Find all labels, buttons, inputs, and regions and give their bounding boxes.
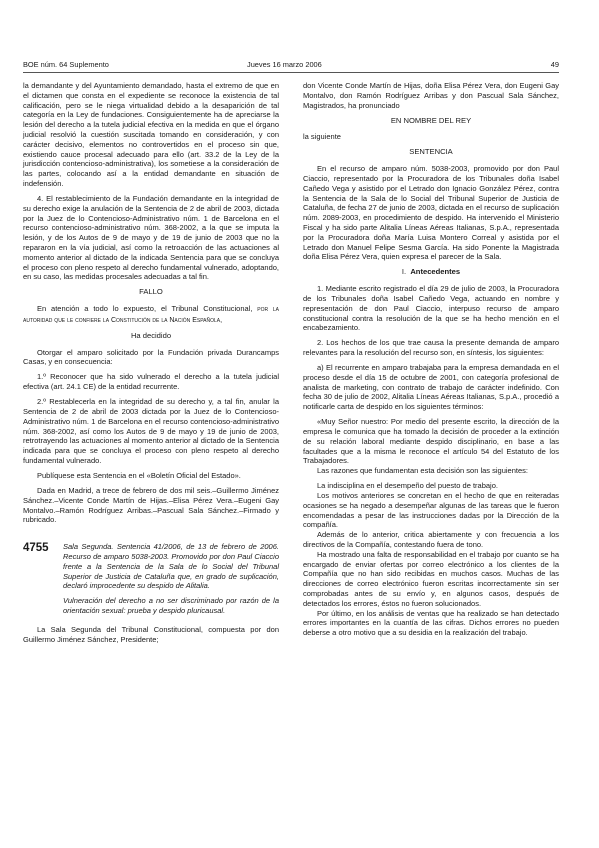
sentence-entry: 4755 Sala Segunda. Sentencia 41/2006, de… (23, 542, 279, 621)
right-column: don Vicente Conde Martín de Hijas, doña … (303, 81, 559, 643)
paragraph: 1. Mediante escrito registrado el día 29… (303, 284, 559, 333)
paragraph: la siguiente (303, 132, 559, 142)
quote-paragraph: Además de lo anterior, critica abiertame… (303, 530, 559, 550)
decidido-heading: Ha decidido (23, 331, 279, 341)
fallo-heading: FALLO (23, 287, 279, 297)
left-column: la demandante y del Ayuntamiento demanda… (23, 81, 279, 650)
paragraph: Publíquese esta Sentencia en el «Boletín… (23, 471, 279, 481)
quote-paragraph: Las razones que fundamentan esta decisió… (303, 466, 559, 476)
quote-paragraph: Ha mostrado una falta de responsabilidad… (303, 550, 559, 609)
paragraph: la demandante y del Ayuntamiento demanda… (23, 81, 279, 189)
quote-paragraph: La indisciplina en el desempeño del pues… (303, 481, 559, 491)
quote-paragraph: Los motivos anteriores se concretan en e… (303, 491, 559, 530)
paragraph: 2.º Restablecerla en la integridad de su… (23, 397, 279, 466)
paragraph: Otorgar el amparo solicitado por la Fund… (23, 348, 279, 368)
publication-date: Jueves 16 marzo 2006 (247, 60, 322, 70)
paragraph: 4. El restablecimiento de la Fundación d… (23, 194, 279, 282)
paragraph: En atención a todo lo expuesto, el Tribu… (23, 304, 279, 326)
paragraph: En el recurso de amparo núm. 5038-2003, … (303, 164, 559, 262)
entry-body: Sala Segunda. Sentencia 41/2006, de 13 d… (63, 542, 279, 621)
publication-name: BOE núm. 64 Suplemento (23, 60, 109, 70)
page-number: 49 (551, 60, 559, 70)
antecedentes-heading: I. Antecedentes (303, 267, 559, 277)
paragraph: a) El recurrente en amparo trabajaba par… (303, 363, 559, 412)
paragraph: Dada en Madrid, a trece de febrero de do… (23, 486, 279, 525)
section-number: I. (402, 267, 406, 276)
rey-heading: EN NOMBRE DEL REY (303, 116, 559, 126)
page-header: BOE núm. 64 Suplemento Jueves 16 marzo 2… (23, 60, 559, 73)
section-title: Antecedentes (410, 267, 460, 276)
entry-number: 4755 (23, 542, 63, 621)
paragraph-text: En atención a todo lo expuesto, el Tribu… (37, 304, 257, 313)
paragraph: La Sala Segunda del Tribunal Constitucio… (23, 625, 279, 645)
paragraph: don Vicente Conde Martín de Hijas, doña … (303, 81, 559, 110)
quote-paragraph: «Muy Señor nuestro: Por medio del presen… (303, 417, 559, 466)
paragraph: 1.º Reconocer que ha sido vulnerado el d… (23, 372, 279, 392)
paragraph: 2. Los hechos de los que trae causa la p… (303, 338, 559, 358)
entry-subject: Vulneración del derecho a no ser discrim… (63, 596, 279, 616)
sentencia-heading: SENTENCIA (303, 147, 559, 157)
entry-summary: Sala Segunda. Sentencia 41/2006, de 13 d… (63, 542, 279, 591)
quote-paragraph: Por último, en los análisis de ventas qu… (303, 609, 559, 638)
